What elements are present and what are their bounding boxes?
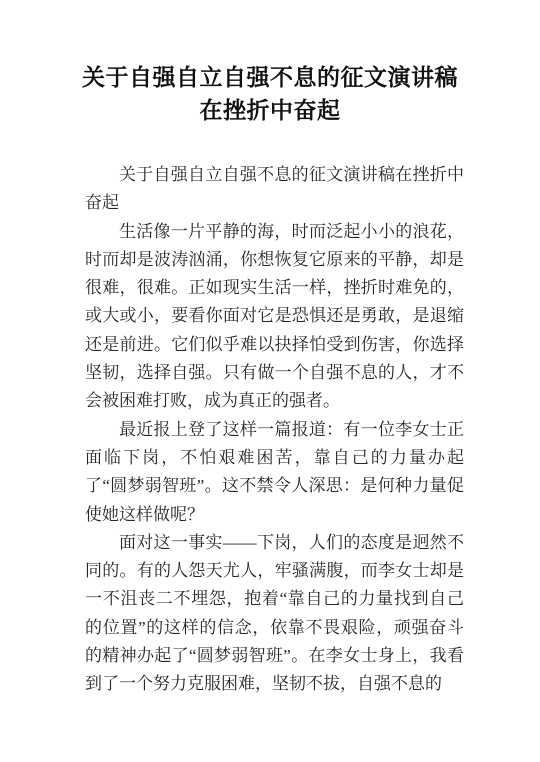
- paragraph-life-like-sea: 生活像一片平静的海，时而泛起小小的浪花，时而却是波涛汹涌，你想恢复它原来的平静，…: [85, 218, 464, 416]
- document-title: 关于自强自立自强不息的征文演讲稿 在挫折中奋起: [0, 0, 540, 127]
- paragraph-news-report: 最近报上登了这样一篇报道：有一位李女士正面临下岗，不怕艰难困苦，靠自己的力量办起…: [85, 416, 464, 529]
- document-body: 关于自强自立自强不息的征文演讲稿在挫折中奋起 生活像一片平静的海，时而泛起小小的…: [85, 161, 464, 699]
- title-line-1: 关于自强自立自强不息的征文演讲稿: [0, 61, 540, 94]
- paragraph-title-repeat: 关于自强自立自强不息的征文演讲稿在挫折中奋起: [85, 161, 464, 218]
- document-page: 关于自强自立自强不息的征文演讲稿 在挫折中奋起 关于自强自立自强不息的征文演讲稿…: [0, 0, 540, 762]
- paragraph-facing-layoff: 面对这一事实——下岗，人们的态度是迥然不同的。有的人怨天尤人，牢骚满腹，而李女士…: [85, 529, 464, 699]
- title-line-2: 在挫折中奋起: [0, 94, 540, 127]
